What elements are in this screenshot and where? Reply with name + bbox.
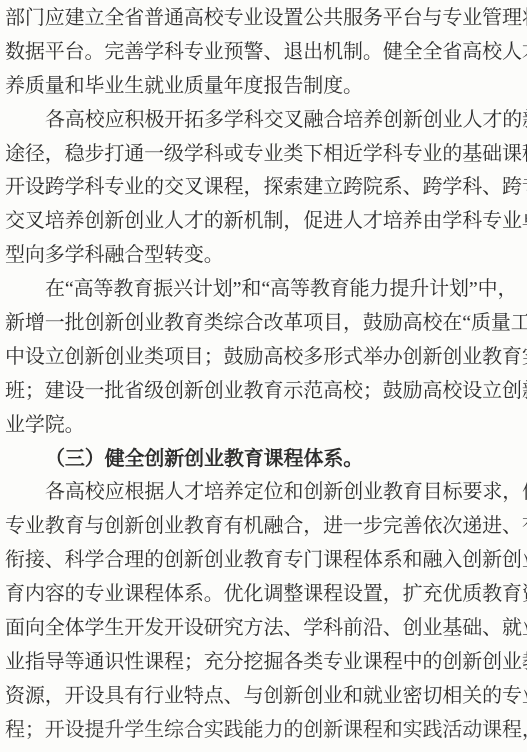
text-line: 养质量和毕业生就业质量年度报告制度。: [5, 70, 524, 104]
text-line: 开设跨学科专业的交叉课程，探索建立跨院系、跨学科、跨专业: [5, 171, 524, 205]
text-line: 在“高等教育振兴计划”和“高等教育能力提升计划”中，: [5, 273, 524, 307]
text-line: 中设立创新创业类项目；鼓励高校多形式举办创新创业教育实验: [5, 341, 524, 375]
text-line: 型向多学科融合型转变。: [5, 239, 524, 273]
text-line: 班；建设一批省级创新创业教育示范高校；鼓励高校设立创新创: [5, 375, 524, 409]
text-line: 各高校应积极开拓多学科交叉融合培养创新创业人才的新: [5, 104, 524, 138]
text-line: 资源，开设具有行业特点、与创新创业和就业密切相关的专业课: [5, 680, 524, 714]
section-heading: （三）健全创新创业教育课程体系。: [5, 443, 524, 477]
text-line: 面向全体学生开发开设研究方法、学科前沿、创业基础、就业创: [5, 612, 524, 646]
text-block: 部门应建立全省普通高校专业设置公共服务平台与专业管理状态数据平台。完善学科专业预…: [5, 2, 524, 748]
text-line: 专业教育与创新创业教育有机融合，进一步完善依次递进、有机: [5, 510, 524, 544]
text-line: 数据平台。完善学科专业预警、退出机制。健全全省高校人才培: [5, 36, 524, 70]
text-line: 业学院。: [5, 409, 524, 443]
text-line: 业指导等通识性课程；充分挖掘各类专业课程中的创新创业教育: [5, 646, 524, 680]
text-line: 育内容的专业课程体系。优化调整课程设置，扩充优质教育资源，: [5, 578, 524, 612]
text-line: 衔接、科学合理的创新创业教育专门课程体系和融入创新创业教: [5, 544, 524, 578]
text-line: 各高校应根据人才培养定位和创新创业教育目标要求，促进: [5, 476, 524, 510]
text-line: 交叉培养创新创业人才的新机制，促进人才培养由学科专业单一: [5, 205, 524, 239]
text-line: 途径，稳步打通一级学科或专业类下相近学科专业的基础课程，: [5, 138, 524, 172]
text-line: 部门应建立全省普通高校专业设置公共服务平台与专业管理状态: [5, 2, 524, 36]
text-line: 新增一批创新创业教育类综合改革项目，鼓励高校在“质量工程”: [5, 307, 524, 341]
document-page: 部门应建立全省普通高校专业设置公共服务平台与专业管理状态数据平台。完善学科专业预…: [0, 0, 527, 752]
text-line: 程；开设提升学生综合实践能力的创新课程和实践活动课程，纳: [5, 714, 524, 748]
